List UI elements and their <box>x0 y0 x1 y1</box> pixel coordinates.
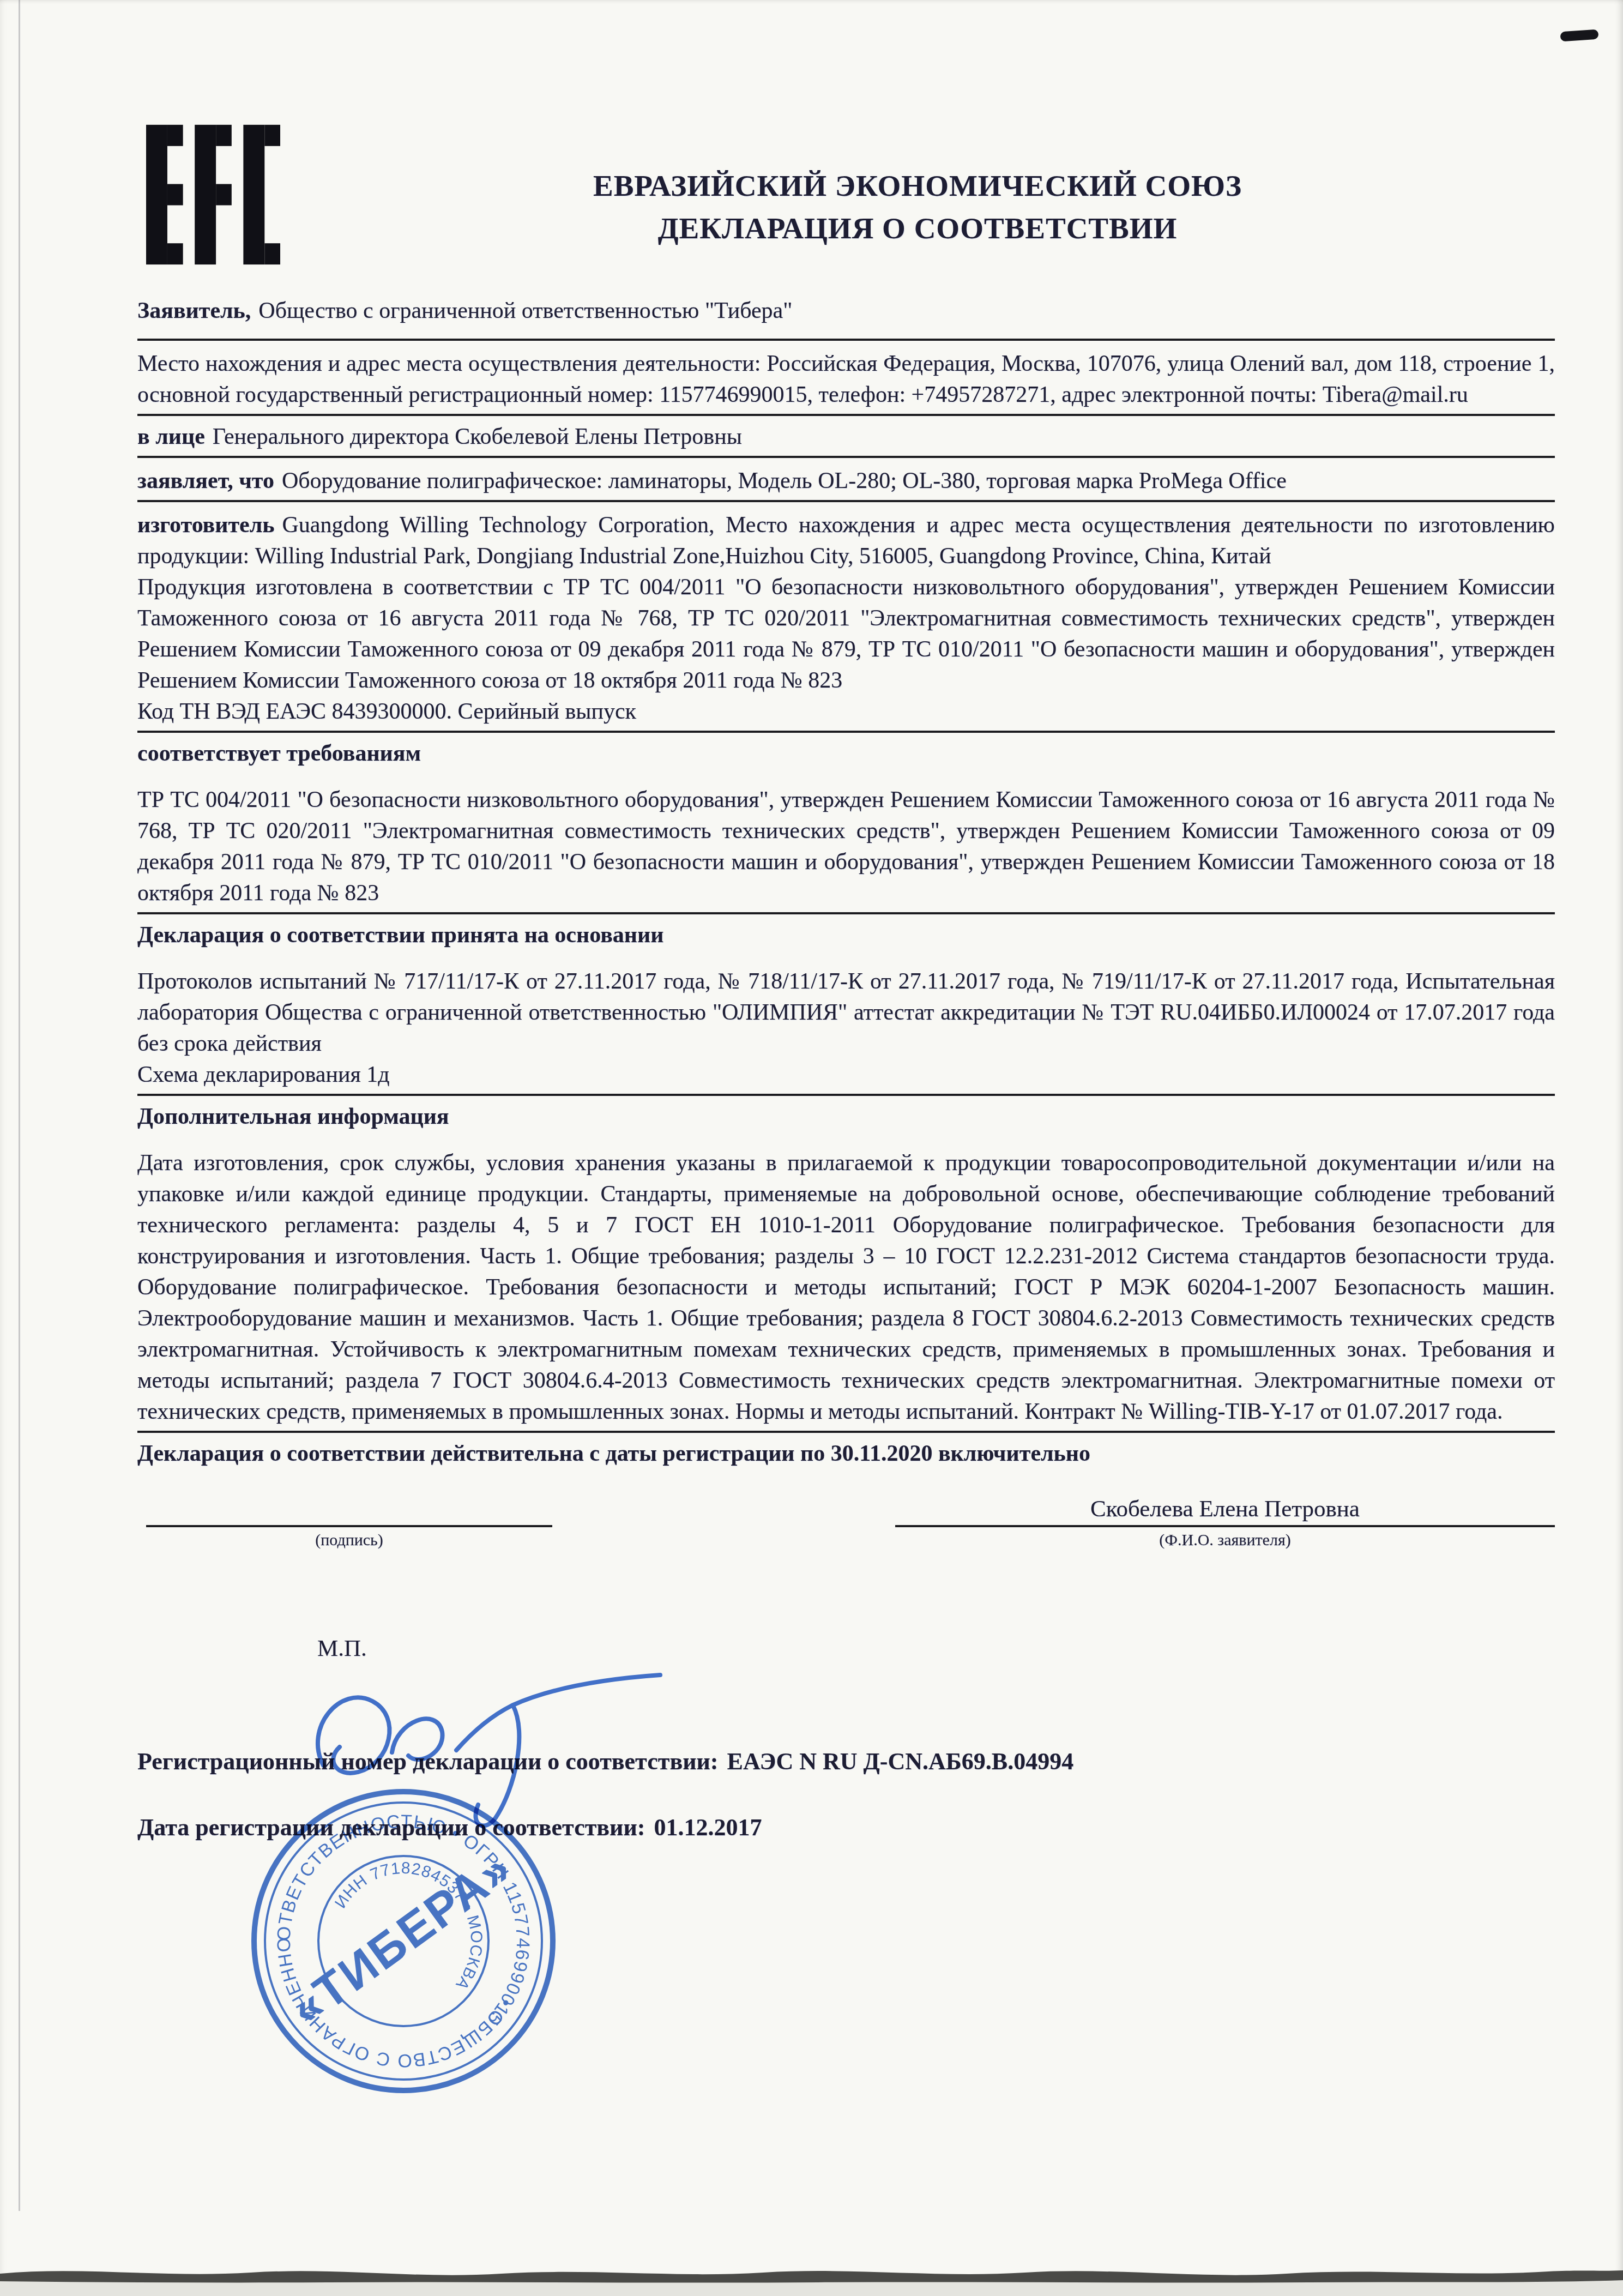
scanned-declaration-page: ЕВРАЗИЙСКИЙ ЭКОНОМИЧЕСКИЙ СОЮЗ ДЕКЛАРАЦИ… <box>0 0 1623 2296</box>
applicant-value: Общество с ограниченной ответственностью… <box>258 298 792 323</box>
signature-caption: (подпись) <box>146 1529 552 1551</box>
manufacturer-value: Guangdong Willing Technology Corporation… <box>137 513 1555 569</box>
divider <box>137 912 1555 914</box>
scheme-row: Схема декларирования 1д <box>137 1059 1555 1090</box>
in-person-row: в лицеГенерального директора Скобелевой … <box>137 421 1555 453</box>
applicant-label: Заявитель, <box>137 298 251 323</box>
meets-heading: соответствует требованиям <box>137 738 1555 769</box>
divider <box>137 456 1555 458</box>
company-stamp: ОТВЕТСТВЕННОСТЬЮ • ОГРН 1157746990015 • … <box>244 1782 563 2100</box>
eac-logo-icon <box>146 124 280 265</box>
validity-row: Декларация о соответствии действительна … <box>137 1438 1555 1469</box>
document-content: ЕВРАЗИЙСКИЙ ЭКОНОМИЧЕСКИЙ СОЮЗ ДЕКЛАРАЦИ… <box>137 124 1555 1843</box>
manufacturer-label: изготовитель <box>137 513 275 538</box>
title-line-2: ДЕКЛАРАЦИЯ О СООТВЕТСТВИИ <box>280 207 1555 250</box>
fio-line <box>895 1525 1555 1527</box>
scan-dash-artifact <box>1560 29 1598 42</box>
title-line-1: ЕВРАЗИЙСКИЙ ЭКОНОМИЧЕСКИЙ СОЮЗ <box>280 165 1555 207</box>
additional-paragraph: Дата изготовления, срок службы, условия … <box>137 1148 1555 1427</box>
scan-edge-line <box>19 0 20 2211</box>
basis-heading: Декларация о соответствии принята на осн… <box>137 920 1555 951</box>
applicant-row: Заявитель,Общество с ограниченной ответс… <box>137 296 1555 327</box>
signature-left-block: (подпись) <box>146 1525 552 1551</box>
document-title: ЕВРАЗИЙСКИЙ ЭКОНОМИЧЕСКИЙ СОЮЗ ДЕКЛАРАЦИ… <box>280 124 1555 250</box>
basis-paragraph: Протоколов испытаний № 717/11/17-К от 27… <box>137 966 1555 1059</box>
signature-right-block: Скобелева Елена Петровна (Ф.И.О. заявите… <box>895 1494 1555 1551</box>
in-person-label: в лице <box>137 424 205 449</box>
divider <box>137 339 1555 341</box>
divider <box>137 500 1555 502</box>
address-paragraph: Место нахождения и адрес места осуществл… <box>137 348 1555 411</box>
divider <box>137 1431 1555 1433</box>
made-in-accordance-paragraph: Продукция изготовлена в соответствии с Т… <box>137 572 1555 696</box>
fio-caption: (Ф.И.О. заявителя) <box>895 1529 1555 1551</box>
divider <box>137 1094 1555 1096</box>
additional-heading: Дополнительная информация <box>137 1101 1555 1132</box>
document-header: ЕВРАЗИЙСКИЙ ЭКОНОМИЧЕСКИЙ СОЮЗ ДЕКЛАРАЦИ… <box>137 124 1555 265</box>
signature-line <box>146 1525 552 1527</box>
declares-label: заявляет, что <box>137 468 274 493</box>
scan-bottom-edge <box>0 2262 1623 2296</box>
divider <box>137 414 1555 416</box>
manufacturer-paragraph: изготовительGuangdong Willing Technology… <box>137 510 1555 572</box>
signature-area: (подпись) Скобелева Елена Петровна (Ф.И.… <box>137 1494 1555 1590</box>
applicant-fio: Скобелева Елена Петровна <box>895 1494 1555 1523</box>
meets-paragraph: ТР ТС 004/2011 "О безопасности низковоль… <box>137 785 1555 909</box>
declares-value: Оборудование полиграфическое: ламинаторы… <box>282 468 1287 493</box>
tnved-code-row: Код ТН ВЭД ЕАЭС 8439300000. Серийный вып… <box>137 696 1555 727</box>
in-person-value: Генерального директора Скобелевой Елены … <box>213 424 742 449</box>
declares-paragraph: заявляет, чтоОборудование полиграфическо… <box>137 466 1555 497</box>
divider <box>137 731 1555 733</box>
registration-number-value: ЕАЭС N RU Д-CN.АБ69.В.04994 <box>727 1748 1074 1775</box>
